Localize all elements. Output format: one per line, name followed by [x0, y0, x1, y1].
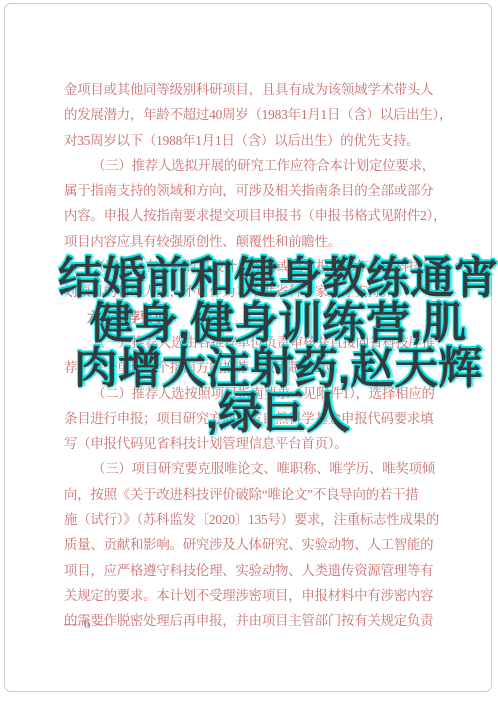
- document-body: 金项目或其他同等级别科研项目，且具有成为该领域学术带头人的发展潜力，年龄不超过4…: [64, 77, 442, 634]
- document-line: （一）推荐人选由各推荐单位负责审核并直接向省科技厅推: [64, 330, 442, 355]
- document-line: （三）推荐人选拟开展的研究工作应符合本计划定位要求，: [64, 153, 442, 178]
- document-line: 项目内容应具有较强原创性、颠覆性和前瞻性。: [64, 229, 442, 254]
- document-line: 的发展潜力，年龄不超过40周岁（1983年1月1日（含）以后出生），: [64, 102, 442, 127]
- document-line: 写（申报代码见省科技计划管理信息平台首页）。: [64, 431, 442, 456]
- document-line: 内容。申报人按指南要求提交项目申报书（申报书格式见附件2），: [64, 203, 442, 228]
- document-line: （四）已有在研省科技计划项目或已申报2023年度省科技计: [64, 254, 442, 279]
- page-number: — 6 —: [64, 617, 111, 633]
- document-line: 条目进行申报；项目研究方向按省自然科学基金申报代码要求填: [64, 406, 442, 431]
- document-line: 金项目或其他同等级别科研项目，且具有成为该领域学术带头人: [64, 77, 442, 102]
- document-line: （二）推荐人选按照项目指南要求（见附件1），选择相应的: [64, 381, 442, 406]
- document-line: 属于指南支持的领域和方向，可涉及相关指南条目的全部或部分: [64, 178, 442, 203]
- document-line: （三）项目研究要克服唯论文、唯职称、唯学历、唯奖项倾: [64, 456, 442, 481]
- document-page: 金项目或其他同等级别科研项目，且具有成为该领域学术带头人的发展潜力，年龄不超过4…: [0, 0, 498, 702]
- document-line: 划项目的科研人员，不可作为本年度省科学家人才支持。: [64, 279, 442, 304]
- document-line: 项目，应严格遵守科技伦理、实验动物、人类遗传资源管理等有: [64, 558, 442, 583]
- document-line: 关规定的要求。本计划不受理涉密项目，申报材料中有涉密内容: [64, 583, 442, 608]
- document-line: 施（试行）》（苏科监发〔2020〕135号）要求，注重标志性成果的: [64, 507, 442, 532]
- document-line: 的需要作脱密处理后再申报，并由项目主管部门按有关规定负责: [64, 608, 442, 633]
- document-line: 对35周岁以下（1988年1月1日（含）以后出生）的优先支持。: [64, 128, 442, 153]
- section-heading: 六、推荐要求: [64, 305, 442, 330]
- document-line: 质量、贡献和影响。研究涉及人体研究、实验动物、人工智能的: [64, 532, 442, 557]
- document-line: 向，按照《关于改进科技评价破除“唯论文”不良导向的若干措: [64, 482, 442, 507]
- document-line: 荐，每个单位每个指南方向推荐人数不超过2位。: [64, 355, 442, 380]
